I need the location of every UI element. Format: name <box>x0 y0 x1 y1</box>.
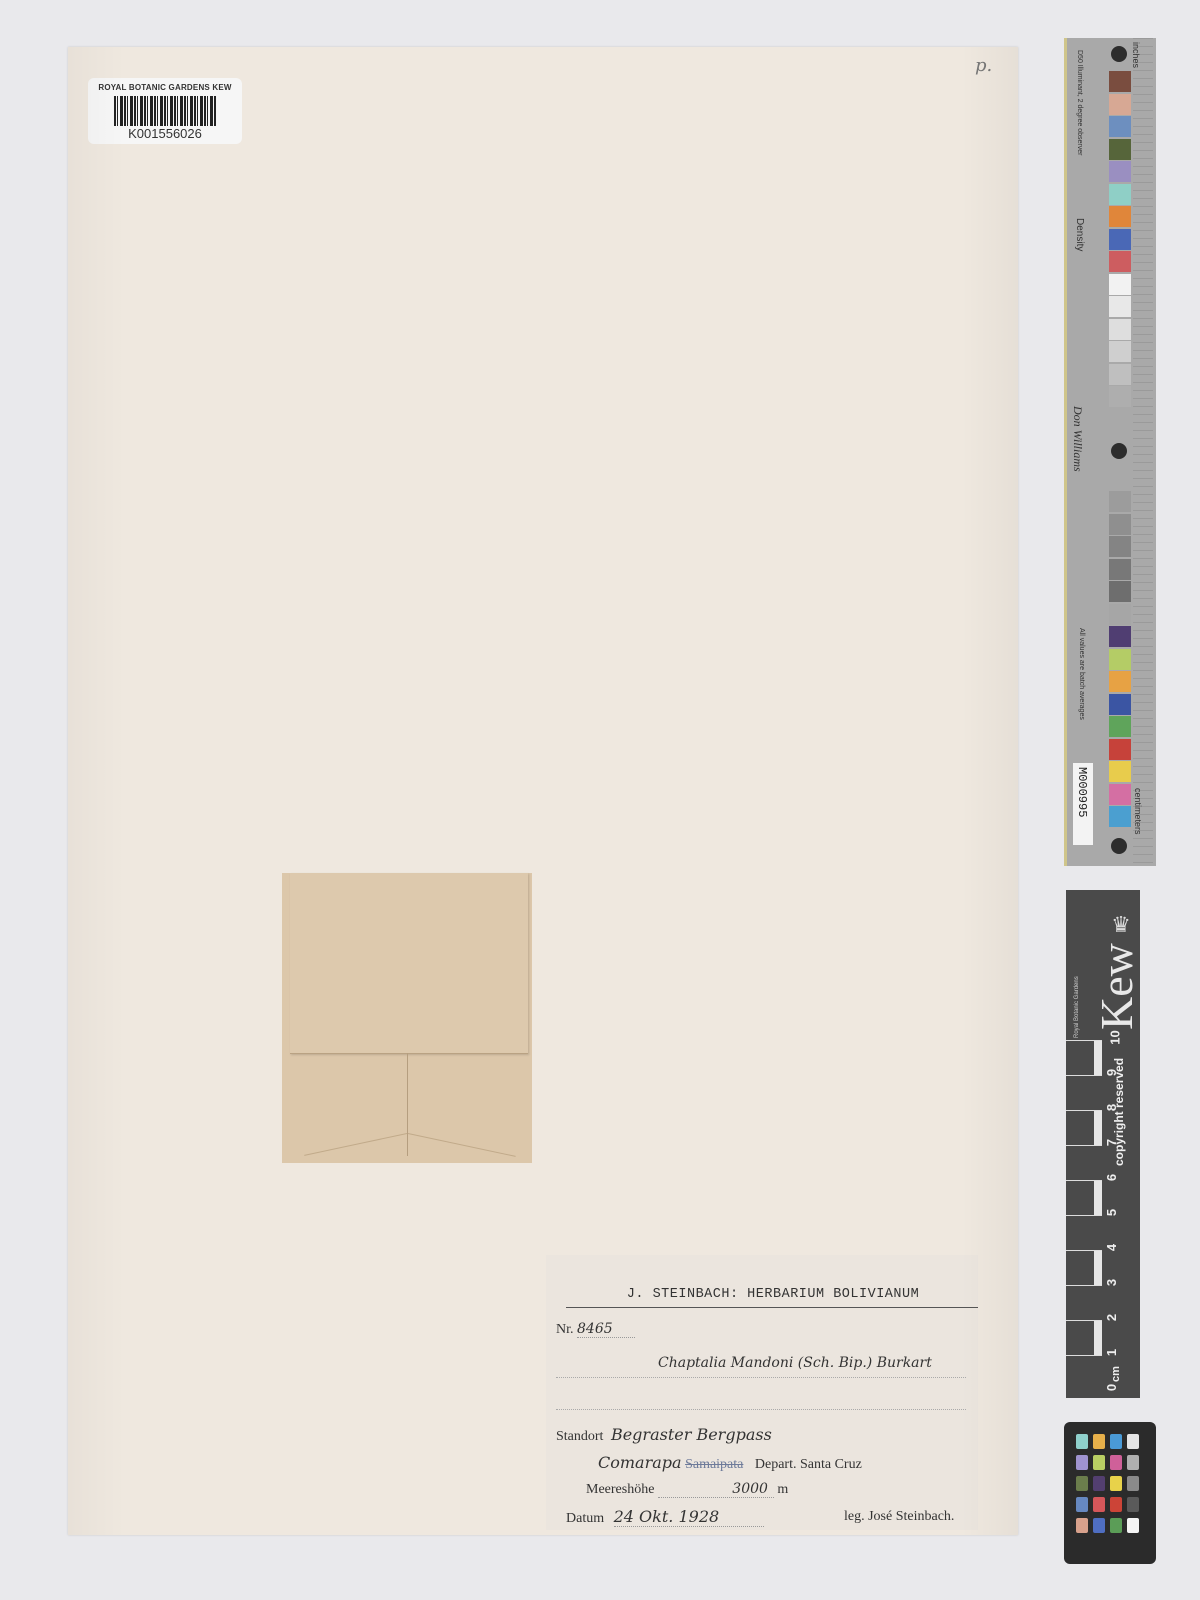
date-label: Datum <box>566 1511 604 1526</box>
kew-subtitle: Royal Botanic Gardens <box>1074 976 1080 1038</box>
scale-segment <box>1066 1180 1102 1215</box>
scale-segment <box>1066 1250 1102 1285</box>
collection-label: J. STEINBACH: HERBARIUM BOLIVIANUM Nr. 8… <box>546 1255 978 1530</box>
color-card-cell <box>1076 1518 1088 1533</box>
envelope-flap <box>290 873 528 1054</box>
color-swatch <box>1109 206 1131 227</box>
ruler-hole-bottom <box>1111 838 1127 854</box>
color-swatch <box>1109 116 1131 137</box>
scale-bar <box>1094 1146 1102 1180</box>
altitude-row: Meereshöhe 3000 m <box>586 1481 788 1498</box>
color-swatch <box>1109 671 1131 692</box>
herbarium-sheet: ROYAL BOTANIC GARDENS KEW K001556026 p. … <box>68 47 1018 1535</box>
color-swatch <box>1109 581 1131 602</box>
department: Depart. Santa Cruz <box>755 1457 862 1472</box>
color-swatch <box>1109 296 1131 317</box>
scale-segment <box>1066 1285 1102 1320</box>
color-swatch <box>1109 536 1131 557</box>
color-swatch <box>1109 559 1131 580</box>
scale-segment <box>1066 1215 1102 1250</box>
ruler-density-label: Density <box>1074 218 1085 251</box>
color-swatch <box>1109 341 1131 362</box>
color-card-cell <box>1093 1434 1105 1449</box>
barcode-label: ROYAL BOTANIC GARDENS KEW K001556026 <box>88 78 242 144</box>
kew-scale-bar: ♛ Kew Royal Botanic Gardens copyright re… <box>1066 890 1140 1398</box>
color-swatch <box>1109 694 1131 715</box>
scale-tick-label: 10 <box>1108 1030 1123 1044</box>
ruler-illuminant-text: D50 Illuminant, 2 degree observer <box>1076 50 1083 155</box>
taxon-line <box>556 1377 966 1378</box>
color-swatch <box>1109 229 1131 250</box>
color-swatch <box>1109 739 1131 760</box>
scale-segment <box>1066 1320 1102 1355</box>
envelope-seam <box>407 1053 408 1156</box>
color-swatch <box>1109 784 1131 805</box>
inventory-id: M000995 <box>1075 767 1089 817</box>
kew-crest-icon: ♛ <box>1108 912 1134 944</box>
scale-bar <box>1094 1286 1102 1320</box>
color-card-cell <box>1093 1455 1105 1470</box>
locality-row: Standort Begraster Bergpass <box>556 1425 772 1445</box>
color-swatch <box>1109 161 1131 182</box>
color-swatch <box>1109 386 1131 407</box>
color-swatch <box>1109 274 1131 295</box>
scale-tick-label: 2 <box>1104 1314 1119 1321</box>
scale-segment <box>1066 1355 1102 1390</box>
scale-bar <box>1094 1356 1102 1390</box>
color-card-gray-cell <box>1127 1434 1139 1449</box>
scale-tick-label: 8 <box>1104 1104 1119 1111</box>
color-swatch <box>1109 716 1131 737</box>
scale-bar <box>1094 1251 1102 1285</box>
scale-tick-label: 5 <box>1104 1209 1119 1216</box>
number-row: Nr. 8465 <box>556 1321 635 1338</box>
barcode-icon <box>114 96 216 126</box>
altitude-value: 3000 <box>658 1481 774 1498</box>
ruler-footer-text: All values are batch averages <box>1078 628 1085 720</box>
kew-logo-text: Kew <box>1090 943 1143 1030</box>
color-swatch <box>1109 626 1131 647</box>
cm-unit: cm <box>1110 1366 1122 1382</box>
color-card-cell <box>1110 1518 1122 1533</box>
color-swatch <box>1109 491 1131 512</box>
taxon-name: Chaptalia Mandoni (Sch. Bip.) Burkart <box>658 1355 968 1371</box>
scale-bar <box>1094 1181 1102 1215</box>
locality-struck: Samaipata <box>685 1457 743 1472</box>
inventory-tag: M000995 <box>1073 763 1093 845</box>
scale-bar <box>1094 1041 1102 1075</box>
scale-segment <box>1066 1075 1102 1110</box>
color-card-gray-cell <box>1127 1476 1139 1491</box>
date-value: 24 Okt. 1928 <box>614 1507 764 1527</box>
ruler-brand: Don Williams <box>1070 406 1085 472</box>
color-swatch <box>1109 319 1131 340</box>
color-swatch <box>1109 806 1131 827</box>
color-swatch <box>1109 71 1131 92</box>
locality-line2: Comarapa <box>598 1453 682 1472</box>
scale-tick-label: 1 <box>1104 1349 1119 1356</box>
number-label: Nr. <box>556 1322 574 1337</box>
color-swatch <box>1109 649 1131 670</box>
scale-tick-label: 9 <box>1104 1069 1119 1076</box>
altitude-unit: m <box>777 1482 788 1497</box>
color-card-cell <box>1093 1497 1105 1512</box>
color-card-gray-cell <box>1127 1455 1139 1470</box>
color-card-cell <box>1093 1518 1105 1533</box>
scale-bar <box>1094 1076 1102 1110</box>
locality-row-2: Comarapa Samaipata Depart. Santa Cruz <box>598 1453 862 1473</box>
color-swatch <box>1109 604 1131 625</box>
color-card-cell <box>1076 1476 1088 1491</box>
blank-line <box>556 1409 966 1410</box>
color-checker-card <box>1064 1422 1156 1564</box>
color-swatch <box>1109 139 1131 160</box>
color-card-cell <box>1076 1434 1088 1449</box>
color-card-cell <box>1076 1455 1088 1470</box>
ruler-hole-top <box>1111 46 1127 62</box>
color-calibration-ruler: inches D50 Illuminant, 2 degree observer… <box>1064 38 1156 866</box>
color-card-cell <box>1110 1497 1122 1512</box>
institution-name: ROYAL BOTANIC GARDENS KEW <box>88 83 242 92</box>
cm-scale <box>1066 1040 1102 1390</box>
ruler-hole-middle <box>1111 443 1127 459</box>
scale-segment <box>1066 1145 1102 1180</box>
scale-bar <box>1094 1216 1102 1250</box>
locality-label: Standort <box>556 1429 603 1444</box>
barcode-number: K001556026 <box>88 126 242 141</box>
color-swatch <box>1109 364 1131 385</box>
scale-segment <box>1066 1040 1102 1075</box>
color-card-gray-cell <box>1127 1497 1139 1512</box>
scale-bar <box>1094 1111 1102 1145</box>
header-rule <box>566 1307 978 1308</box>
fragment-envelope <box>282 873 532 1163</box>
corner-annotation: p. <box>975 55 992 76</box>
color-card-cell <box>1110 1434 1122 1449</box>
scale-tick-label: 4 <box>1104 1244 1119 1251</box>
date-row: Datum 24 Okt. 1928 <box>566 1507 764 1527</box>
number-value: 8465 <box>577 1321 635 1338</box>
color-swatch <box>1109 251 1131 272</box>
envelope-fold-right <box>408 1133 516 1157</box>
color-card-cell <box>1110 1455 1122 1470</box>
envelope-fold-left <box>304 1133 407 1156</box>
altitude-label: Meereshöhe <box>586 1482 654 1497</box>
ruler-cm-label: centimeters <box>1133 788 1143 835</box>
label-header: J. STEINBACH: HERBARIUM BOLIVIANUM <box>568 1287 978 1302</box>
scale-tick-label: 3 <box>1104 1279 1119 1286</box>
locality-line1: Begraster Bergpass <box>611 1425 772 1444</box>
scale-tick-label: 0 <box>1104 1384 1119 1391</box>
color-card-cell <box>1093 1476 1105 1491</box>
scale-tick-label: 6 <box>1104 1174 1119 1181</box>
scale-tick-label: 7 <box>1104 1139 1119 1146</box>
color-card-gray-cell <box>1127 1518 1139 1533</box>
ruler-inches-label: inches <box>1131 42 1141 68</box>
collector: leg. José Steinbach. <box>844 1509 954 1525</box>
color-swatch <box>1109 184 1131 205</box>
color-card-cell <box>1076 1497 1088 1512</box>
color-card-cell <box>1110 1476 1122 1491</box>
scale-segment <box>1066 1110 1102 1145</box>
scale-bar <box>1094 1321 1102 1355</box>
color-swatch <box>1109 514 1131 535</box>
color-swatch <box>1109 94 1131 115</box>
color-swatch <box>1109 761 1131 782</box>
ruler-scale <box>1133 38 1153 866</box>
